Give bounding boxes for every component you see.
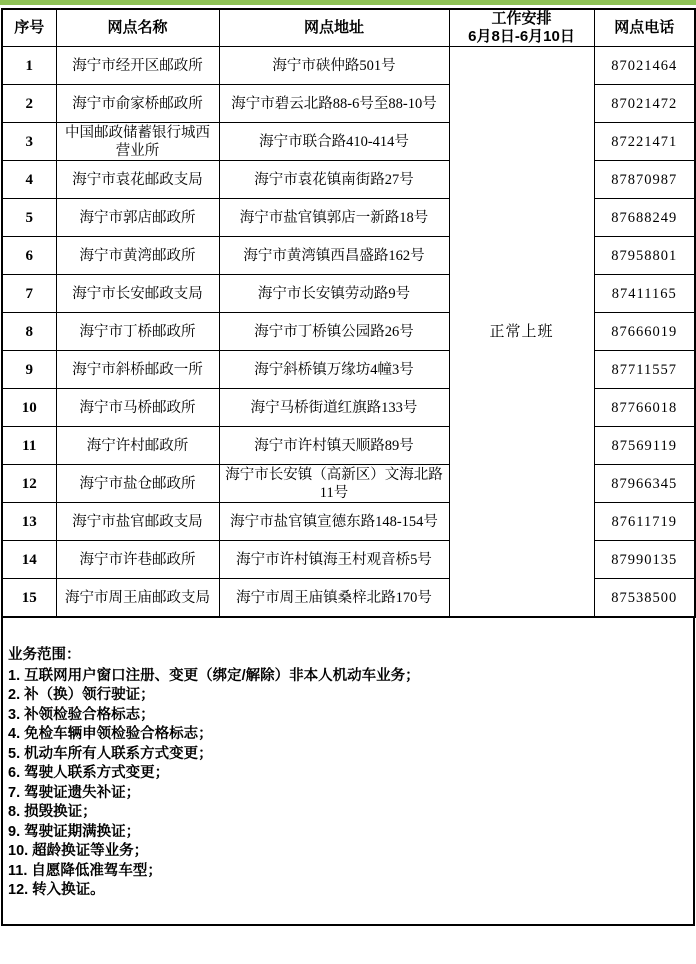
cell-index: 9 [2, 351, 56, 389]
cell-address: 海宁市许村镇海王村观音桥5号 [219, 541, 449, 579]
cell-name: 海宁市俞家桥邮政所 [56, 85, 219, 123]
cell-address: 海宁市丁桥镇公园路26号 [219, 313, 449, 351]
col-header-index: 序号 [2, 9, 56, 47]
cell-name: 海宁市袁花邮政支局 [56, 161, 219, 199]
business-scope-item: 10. 超龄换证等业务； [8, 842, 687, 862]
cell-phone: 87411165 [594, 275, 695, 313]
business-scope-item: 12. 转入换证。 [8, 881, 687, 901]
table-row: 1 海宁市经开区邮政所 海宁市硖仲路501号 正常上班 87021464 [2, 47, 695, 85]
cell-address: 海宁市盐官镇郭店一新路18号 [219, 199, 449, 237]
cell-phone: 87711557 [594, 351, 695, 389]
schedule-header-line1: 工作安排 [452, 10, 592, 28]
cell-phone: 87538500 [594, 579, 695, 618]
schedule-header-line2: 6月8日-6月10日 [452, 28, 592, 46]
cell-index: 4 [2, 161, 56, 199]
cell-phone: 87870987 [594, 161, 695, 199]
cell-name: 海宁市斜桥邮政一所 [56, 351, 219, 389]
business-scope-title: 业务范围： [8, 646, 687, 666]
cell-phone: 87221471 [594, 123, 695, 161]
business-scope-item: 9. 驾驶证期满换证； [8, 823, 687, 843]
cell-schedule-merged: 正常上班 [449, 47, 594, 618]
cell-address: 海宁斜桥镇万缘坊4幢3号 [219, 351, 449, 389]
col-header-name: 网点名称 [56, 9, 219, 47]
cell-phone: 87611719 [594, 503, 695, 541]
cell-phone: 87766018 [594, 389, 695, 427]
col-header-address: 网点地址 [219, 9, 449, 47]
cell-address: 海宁市长安镇劳动路9号 [219, 275, 449, 313]
cell-phone: 87666019 [594, 313, 695, 351]
cell-phone: 87958801 [594, 237, 695, 275]
cell-name: 海宁市郭店邮政所 [56, 199, 219, 237]
cell-phone: 87021464 [594, 47, 695, 85]
cell-index: 2 [2, 85, 56, 123]
cell-address: 海宁市许村镇天顺路89号 [219, 427, 449, 465]
cell-address: 海宁市联合路410-414号 [219, 123, 449, 161]
cell-name: 中国邮政储蓄银行城西营业所 [56, 123, 219, 161]
cell-address: 海宁市周王庙镇桑梓北路170号 [219, 579, 449, 618]
cell-name: 海宁市长安邮政支局 [56, 275, 219, 313]
cell-address: 海宁市长安镇（高新区）文海北路11号 [219, 465, 449, 503]
business-scope-item: 6. 驾驶人联系方式变更； [8, 764, 687, 784]
cell-index: 11 [2, 427, 56, 465]
cell-address: 海宁市袁花镇南街路27号 [219, 161, 449, 199]
cell-index: 5 [2, 199, 56, 237]
cell-index: 1 [2, 47, 56, 85]
col-header-schedule: 工作安排 6月8日-6月10日 [449, 9, 594, 47]
cell-index: 10 [2, 389, 56, 427]
cell-name: 海宁市盐官邮政支局 [56, 503, 219, 541]
cell-name: 海宁许村邮政所 [56, 427, 219, 465]
cell-phone: 87021472 [594, 85, 695, 123]
business-scope-section: 业务范围： 1. 互联网用户窗口注册、变更（绑定/解除）非本人机动车业务； 2.… [1, 618, 695, 926]
top-accent-bar [0, 0, 696, 5]
cell-phone: 87990135 [594, 541, 695, 579]
cell-phone: 87966345 [594, 465, 695, 503]
cell-index: 13 [2, 503, 56, 541]
cell-name: 海宁市盐仓邮政所 [56, 465, 219, 503]
cell-address: 海宁市盐官镇宣德东路148-154号 [219, 503, 449, 541]
cell-address: 海宁马桥街道红旗路133号 [219, 389, 449, 427]
cell-address: 海宁市黄湾镇西昌盛路162号 [219, 237, 449, 275]
header-row: 序号 网点名称 网点地址 工作安排 6月8日-6月10日 网点电话 [2, 9, 695, 47]
cell-address: 海宁市硖仲路501号 [219, 47, 449, 85]
cell-name: 海宁市黄湾邮政所 [56, 237, 219, 275]
cell-name: 海宁市丁桥邮政所 [56, 313, 219, 351]
business-scope-item: 7. 驾驶证遗失补证； [8, 784, 687, 804]
cell-name: 海宁市许巷邮政所 [56, 541, 219, 579]
cell-index: 15 [2, 579, 56, 618]
cell-phone: 87569119 [594, 427, 695, 465]
business-scope-item: 1. 互联网用户窗口注册、变更（绑定/解除）非本人机动车业务； [8, 667, 687, 687]
business-scope-item: 2. 补（换）领行驶证； [8, 686, 687, 706]
cell-address: 海宁市碧云北路88-6号至88-10号 [219, 85, 449, 123]
business-scope-item: 8. 损毁换证； [8, 803, 687, 823]
col-header-phone: 网点电话 [594, 9, 695, 47]
cell-index: 12 [2, 465, 56, 503]
cell-name: 海宁市马桥邮政所 [56, 389, 219, 427]
cell-name: 海宁市经开区邮政所 [56, 47, 219, 85]
cell-phone: 87688249 [594, 199, 695, 237]
business-scope-item: 4. 免检车辆申领检验合格标志； [8, 725, 687, 745]
cell-name: 海宁市周王庙邮政支局 [56, 579, 219, 618]
cell-index: 14 [2, 541, 56, 579]
branch-table: 序号 网点名称 网点地址 工作安排 6月8日-6月10日 网点电话 1 海宁市经… [1, 8, 696, 618]
business-scope-item: 11. 自愿降低准驾车型； [8, 862, 687, 882]
cell-index: 7 [2, 275, 56, 313]
cell-index: 3 [2, 123, 56, 161]
business-scope-item: 3. 补领检验合格标志； [8, 706, 687, 726]
business-scope-item: 5. 机动车所有人联系方式变更； [8, 745, 687, 765]
cell-index: 6 [2, 237, 56, 275]
cell-index: 8 [2, 313, 56, 351]
